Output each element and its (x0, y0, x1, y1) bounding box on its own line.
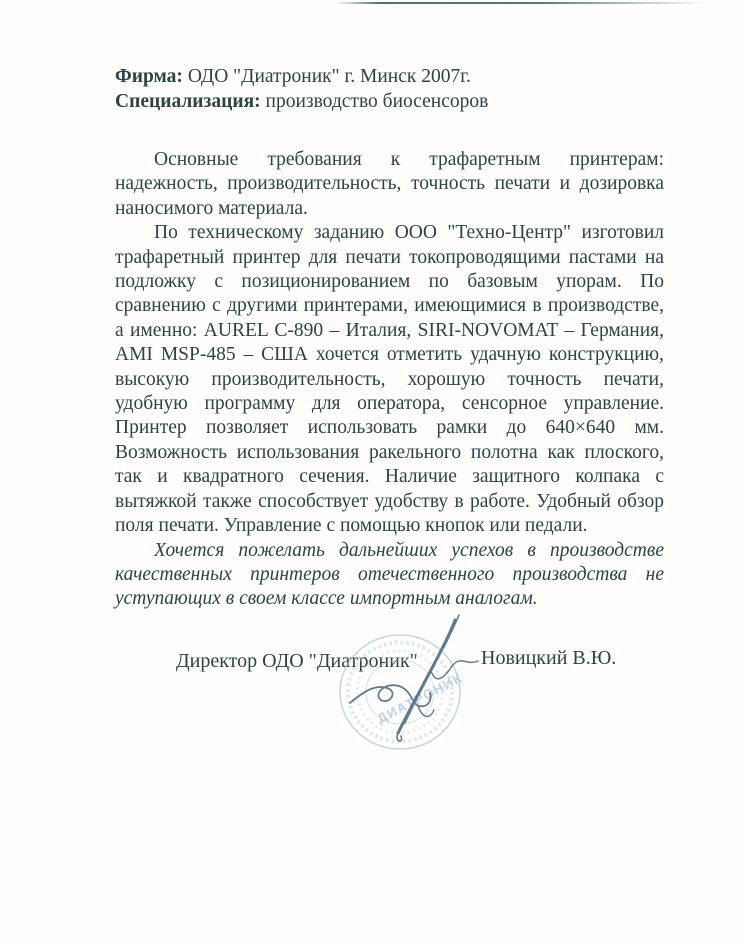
scan-artifact-line (335, 2, 707, 4)
stamp-and-signature: ДИАТРОНИК (318, 593, 532, 783)
scanned-letter-page: Фирма: ОДО "Диатроник" г. Минск 2007г. С… (0, 0, 745, 945)
specialization-value: производство биосенсоров (261, 91, 489, 112)
firm-label: Фирма: (115, 66, 183, 87)
specialization-line: Специализация: производство биосенсоров (115, 89, 675, 114)
firm-line: Фирма: ОДО "Диатроник" г. Минск 2007г. (115, 64, 675, 89)
letter-header: Фирма: ОДО "Диатроник" г. Минск 2007г. С… (115, 64, 675, 114)
specialization-label: Специализация: (115, 91, 261, 112)
round-stamp-icon: ДИАТРОНИК (340, 635, 465, 749)
paragraph-printer-description: По техническому заданию ООО "Техно-Центр… (115, 221, 664, 538)
firm-value: ОДО "Диатроник" г. Минск 2007г. (183, 66, 471, 87)
letter-body: Основные требования к трафаретным принте… (115, 148, 664, 612)
paragraph-requirements: Основные требования к трафаретным принте… (115, 148, 664, 221)
